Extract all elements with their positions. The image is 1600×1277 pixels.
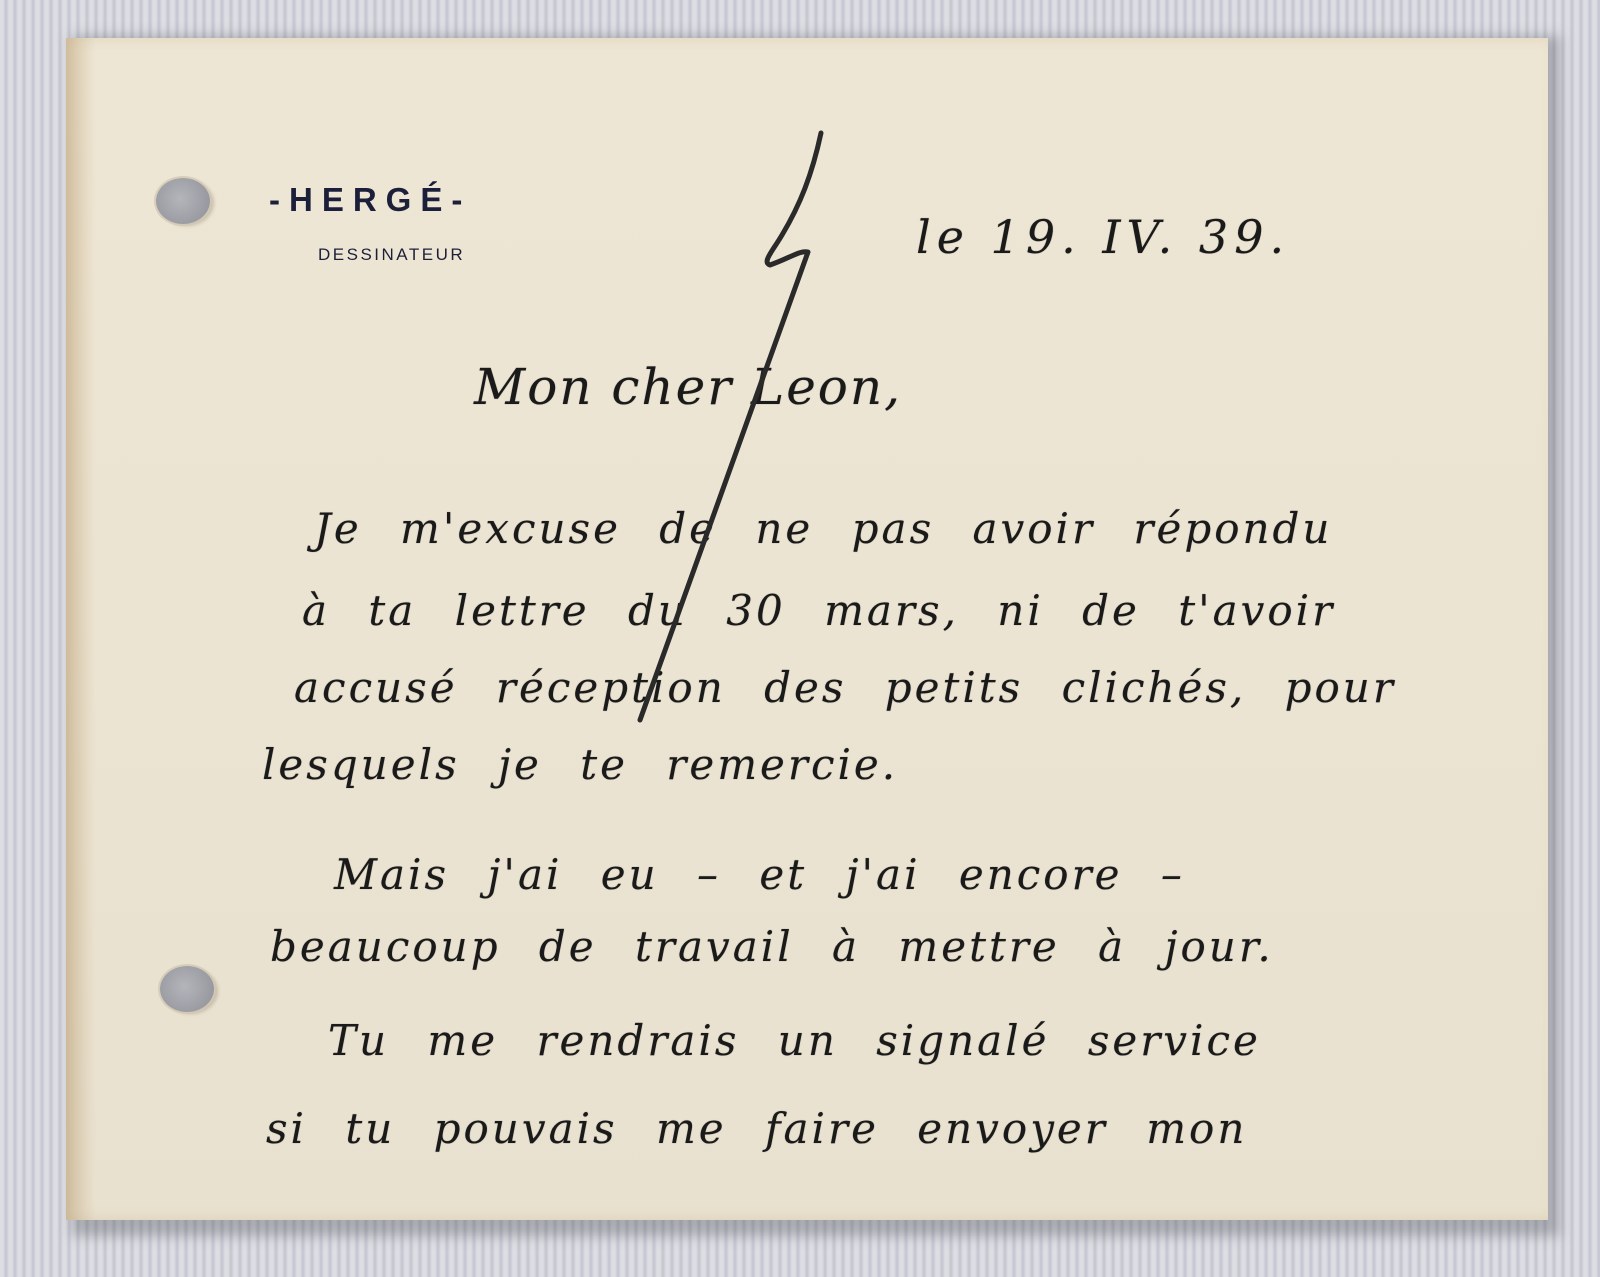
letter-line-6: beaucoup de travail à mettre à jour.: [270, 922, 1274, 971]
letter-line-1: Je m'excuse de ne pas avoir répondu: [314, 504, 1332, 553]
letter-line-5: Mais j'ai eu – et j'ai encore –: [334, 850, 1185, 899]
letterhead-title: DESSINATEUR: [318, 245, 465, 265]
letter-date: le 19. IV. 39.: [916, 210, 1290, 264]
letter-line-3: accusé réception des petits clichés, pou…: [294, 663, 1396, 712]
letter-salutation: Mon cher Leon,: [474, 358, 902, 416]
letter-line-7: Tu me rendrais un signalé service: [328, 1016, 1261, 1065]
punch-hole-bottom: [160, 966, 214, 1012]
letter-line-8: si tu pouvais me faire envoyer mon: [266, 1104, 1247, 1153]
letter-card: -HERGÉ- DESSINATEUR le 19. IV. 39. Mon c…: [66, 38, 1548, 1220]
letterhead-name: -HERGÉ-: [269, 181, 471, 219]
punch-hole-top: [156, 178, 210, 224]
letter-line-2: à ta lettre du 30 mars, ni de t'avoir: [302, 586, 1335, 635]
letter-line-4: lesquels je te remercie.: [262, 740, 898, 789]
